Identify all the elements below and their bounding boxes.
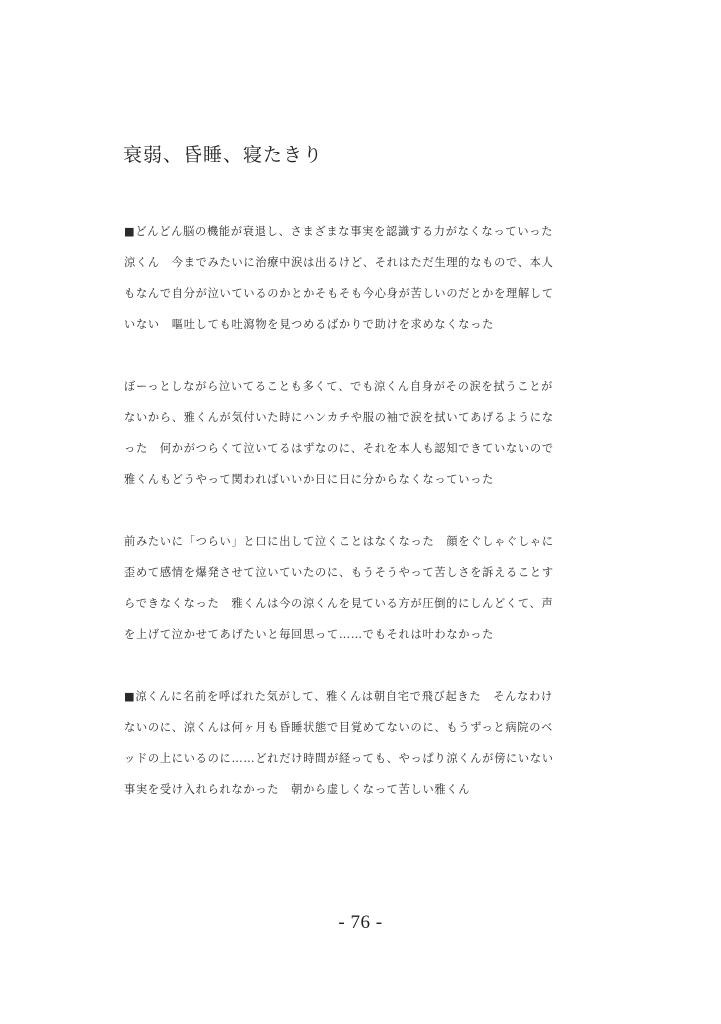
page-title: 衰弱、昏睡、寝たきり [123, 142, 323, 168]
text-line: ■涼くんに名前を呼ばれた気がして、雅くんは朝自宅で飛び起きた そんなわけ [124, 681, 564, 712]
paragraph-4: ■涼くんに名前を呼ばれた気がして、雅くんは朝自宅で飛び起きた そんなわけ ないの… [124, 681, 564, 805]
text-line: ぼーっとしながら泣いてることも多くて、でも涼くん自身がその涙を拭うことが [124, 371, 564, 402]
text-line: ■どんどん脳の機能が衰退し、さまざまな事実を認識する力がなくなっていった [124, 216, 564, 247]
body-text: ■どんどん脳の機能が衰退し、さまざまな事実を認識する力がなくなっていった 涼くん… [124, 216, 564, 836]
text-line: ないから、雅くんが気付いた時にハンカチや服の袖で涙を拭いてあげるようにな [124, 402, 564, 433]
text-line: った 何かがつらくて泣いてるはずなのに、それを本人も認知できていないので [124, 433, 564, 464]
text-line: いない 嘔吐しても吐瀉物を見つめるばかりで助けを求めなくなった [124, 309, 564, 340]
text-line: を上げて泣かせてあげたいと毎回思って……でもそれは叶わなかった [124, 619, 564, 650]
text-line: らできなくなった 雅くんは今の涼くんを見ている方が圧倒的にしんどくて、声 [124, 588, 564, 619]
text-line: 涼くん 今までみたいに治療中涙は出るけど、それはただ生理的なもので、本人 [124, 247, 564, 278]
page-number: - 76 - [0, 910, 721, 936]
document-page: 衰弱、昏睡、寝たきり ■どんどん脳の機能が衰退し、さまざまな事実を認識する力がな… [0, 0, 721, 1024]
text-line: 歪めて感情を爆発させて泣いていたのに、もうそうやって苦しさを訴えることす [124, 557, 564, 588]
paragraph-1: ■どんどん脳の機能が衰退し、さまざまな事実を認識する力がなくなっていった 涼くん… [124, 216, 564, 340]
text-line: 雅くんもどうやって関わればいいか日に日に分からなくなっていった [124, 464, 564, 495]
text-line: 前みたいに「つらい」と口に出して泣くことはなくなった 顔をぐしゃぐしゃに [124, 526, 564, 557]
text-line: ないのに、涼くんは何ヶ月も昏睡状態で目覚めてないのに、もうずっと病院のベ [124, 712, 564, 743]
paragraph-3: 前みたいに「つらい」と口に出して泣くことはなくなった 顔をぐしゃぐしゃに 歪めて… [124, 526, 564, 650]
paragraph-2: ぼーっとしながら泣いてることも多くて、でも涼くん自身がその涙を拭うことが ないか… [124, 371, 564, 495]
text-line: ッドの上にいるのに……どれだけ時間が経っても、やっぱり涼くんが傍にいない [124, 743, 564, 774]
text-line: もなんで自分が泣いているのかとかそもそも今心身が苦しいのだとかを理解して [124, 278, 564, 309]
text-line: 事実を受け入れられなかった 朝から虚しくなって苦しい雅くん [124, 774, 564, 805]
